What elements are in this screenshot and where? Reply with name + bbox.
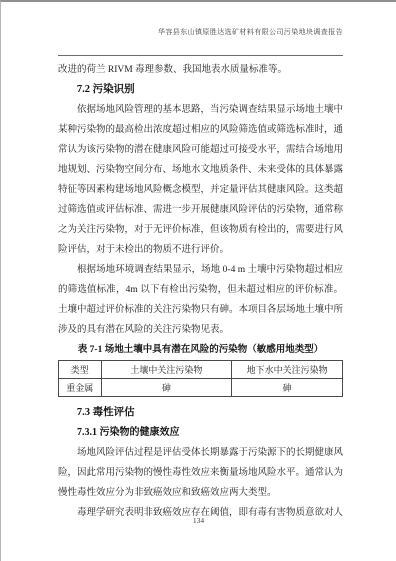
document-page: 华容县东山镇原胜达选矿材料有限公司污染地块调查报告 改进的荷兰 RIVM 毒理参… — [0, 0, 396, 561]
section-7-3-paragraph-1: 场地风险评估过程是评估受体长期暴露于污染源下的长期健康风险，因此常用污染物的慢性… — [58, 443, 343, 503]
pollutants-table: 类型 土壤中关注污染物 地下水中关注污染物 重金属 砷 砷 — [58, 360, 343, 397]
section-heading-7-3: 7.3 毒性评估 — [58, 403, 343, 423]
table-header-type: 类型 — [59, 361, 102, 379]
table-row: 重金属 砷 砷 — [59, 379, 343, 397]
header-rule — [58, 55, 343, 56]
paragraph-continuation: 改进的荷兰 RIVM 毒理参数、我国地表水质量标准等。 — [58, 60, 343, 80]
section-7-2-paragraph-2: 根据场地环境调查结果显示，场地 0-4 m 土壤中污染物超过相应的筛选值标准，4… — [58, 260, 343, 340]
page-header-title: 华容县东山镇原胜达选矿材料有限公司污染地块调查报告 — [58, 26, 343, 38]
section-heading-7-2: 7.2 污染识别 — [58, 80, 343, 100]
table-header-groundwater-pollutant: 地下水中关注污染物 — [232, 361, 343, 379]
table-cell-soil-value: 砷 — [101, 379, 232, 397]
table-header-soil-pollutant: 土壤中关注污染物 — [101, 361, 232, 379]
page-number: 134 — [1, 516, 396, 525]
table-cell-category: 重金属 — [59, 379, 102, 397]
table-cell-groundwater-value: 砷 — [232, 379, 343, 397]
table-header-row: 类型 土壤中关注污染物 地下水中关注污染物 — [59, 361, 343, 379]
section-7-2-paragraph-1: 依据场地风险管理的基本思路，当污染调查结果显示场地土壤中某种污染物的最高检出浓度… — [58, 100, 343, 260]
section-heading-7-3-1: 7.3.1 污染物的健康效应 — [58, 423, 343, 443]
table-caption: 表 7-1 场地土壤中具有潜在风险的污染物（敏感用地类型） — [58, 343, 343, 358]
